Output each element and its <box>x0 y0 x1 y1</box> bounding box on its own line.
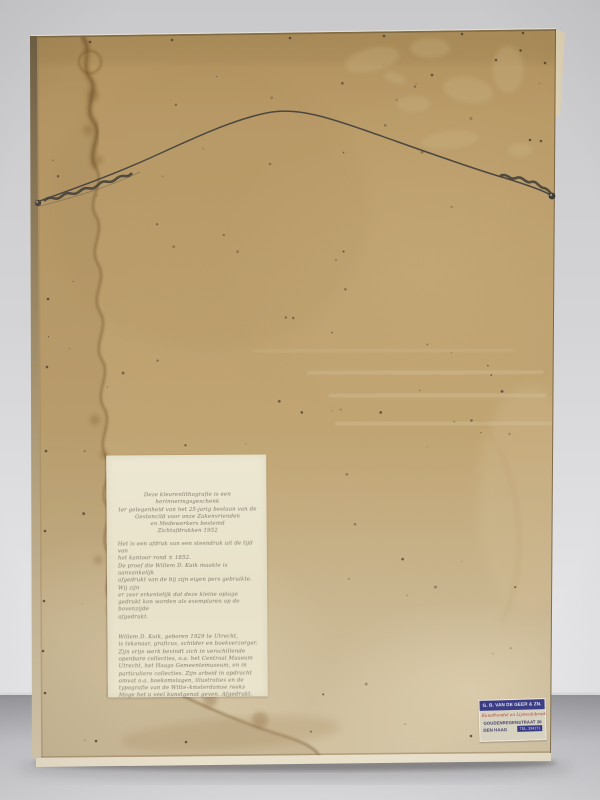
artwork-back-photo <box>0 0 600 800</box>
provenance-note: Deze kleurenlithografie is een herinneri… <box>106 454 268 697</box>
note-line: Moge het u veel kunstgenot geven. Afgedr… <box>119 692 262 700</box>
dealer-label-phone: TEL. 334171 <box>518 725 543 732</box>
dealer-label-subtitle: Kunsthandel en Lijstenfabriek <box>482 711 543 718</box>
dealer-label-street: GOUDENREGENSTRAAT 36 <box>482 719 543 726</box>
note-text: Deze kleurenlithografie is een herinneri… <box>114 491 261 700</box>
note-line: De proef die Willem D. Kuik maakte is aa… <box>118 562 261 578</box>
dealer-label-name: G. B. VAN DE GEER & ZN. <box>479 699 544 711</box>
note-line: afgedrukt van de bij zijn eigen pers geb… <box>118 577 261 593</box>
note-line: Zichtafdrukken 1952 <box>115 528 261 536</box>
photo-scene: Deze kleurenlithografie is een herinneri… <box>0 0 600 800</box>
note-line: afgedrukt. <box>118 613 261 621</box>
vignette <box>0 0 600 800</box>
note-line: Deze kleurenlithografie is een herinneri… <box>114 491 260 507</box>
note-line: Het is een afdruk van een steendruk uit … <box>118 540 261 556</box>
note-line: gedrukt kon worden als exemplaren op de … <box>118 599 261 615</box>
dealer-label: G. B. VAN DE GEER & ZN. Kunsthandel en L… <box>478 698 546 742</box>
dealer-label-city: DEN HAAG <box>483 727 507 733</box>
dealer-label-body: Kunsthandel en Lijstenfabriek GOUDENREGE… <box>480 709 546 733</box>
